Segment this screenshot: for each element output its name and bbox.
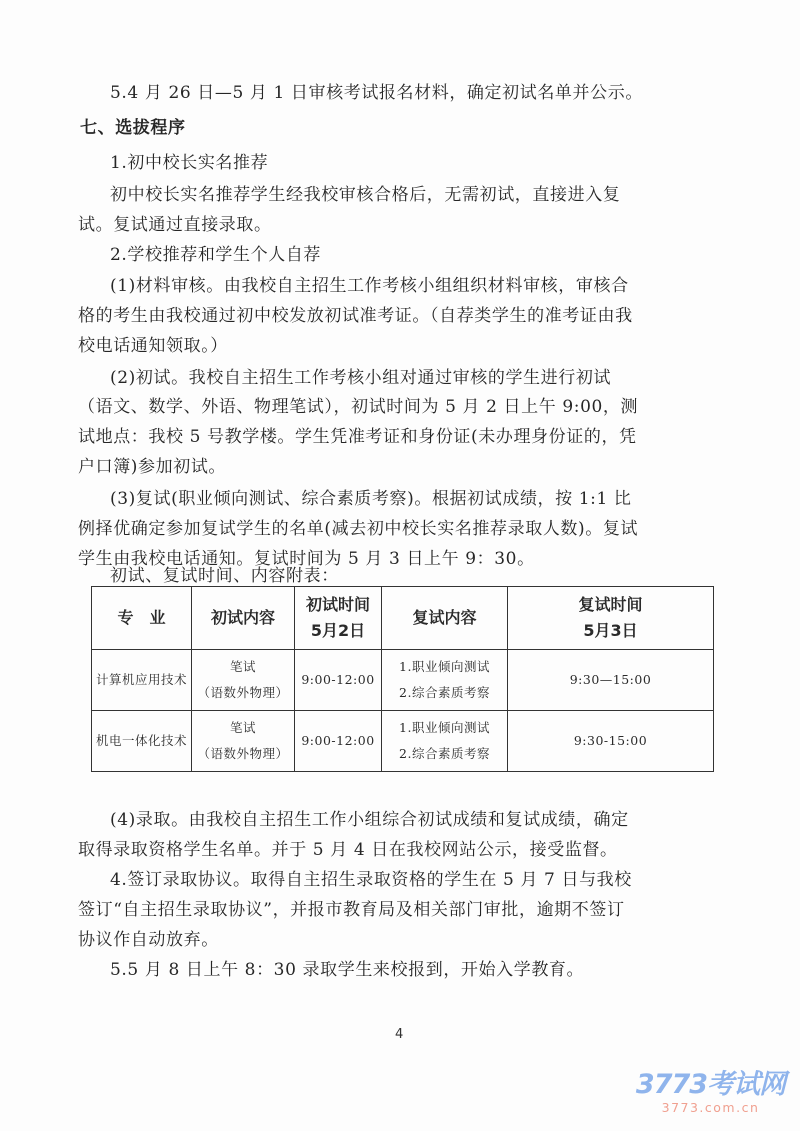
table-header-row: 专 业初试内容初试时间5月2日复试内容复试时间5月3日 xyxy=(92,587,714,650)
table-cell: 机电一体化技术 xyxy=(92,711,192,772)
paragraph-line: 1.初中校长实名推荐 xyxy=(110,152,268,174)
paragraph-line: （语文、数学、外语、物理笔试），初试时间为 5 月 2 日上午 9:00，测 xyxy=(78,396,638,418)
paragraph-line: 取得录取资格学生名单。并于 5 月 4 日在我校网站公示，接受监督。 xyxy=(78,839,618,861)
paragraph-line: 5.4 月 26 日—5 月 1 日审核考试报名材料，确定初试名单并公示。 xyxy=(110,82,643,104)
table-cell: 9:00-12:00 xyxy=(295,650,382,711)
column-header: 专 业 xyxy=(92,587,192,650)
cell-text: 9:00-12:00 xyxy=(295,728,381,754)
cell-text: 1.职业倾向测试 xyxy=(382,715,507,741)
table-row: 计算机应用技术笔试（语数外物理）9:00-12:001.职业倾向测试2.综合素质… xyxy=(92,650,714,711)
column-header: 初试内容 xyxy=(192,587,295,650)
column-header-text: 专 业 xyxy=(92,605,191,631)
column-header-text: 5月3日 xyxy=(508,618,713,644)
cell-text: 9:30-15:00 xyxy=(508,728,713,754)
cell-text: 9:00-12:00 xyxy=(295,667,381,693)
cell-text: 2.综合素质考察 xyxy=(382,741,507,767)
watermark-url: 3773.com.cn xyxy=(628,1100,793,1116)
cell-text: （语数外物理） xyxy=(192,741,294,767)
paragraph-line: 初中校长实名推荐学生经我校审核合格后，无需初试，直接进入复 xyxy=(110,184,620,206)
paragraph-line: (4)录取。由我校自主招生工作小组综合初试成绩和复试成绩，确定 xyxy=(110,809,629,831)
paragraph-line: 4.签订录取协议。取得自主招生录取资格的学生在 5 月 7 日与我校 xyxy=(110,869,632,891)
paragraph-line: 2.学校推荐和学生个人自荐 xyxy=(110,244,321,266)
paragraph-line: 户口簿)参加初试。 xyxy=(78,456,226,478)
column-header-text: 初试时间 xyxy=(295,592,381,618)
column-header-text: 初试内容 xyxy=(192,605,294,631)
column-header: 初试时间5月2日 xyxy=(295,587,382,650)
paragraph-line: 试地点：我校 5 号教学楼。学生凭准考证和身份证(未办理身份证的，凭 xyxy=(78,426,637,448)
paragraph-line: 校电话通知领取。） xyxy=(78,335,228,357)
paragraph-line: 试。复试通过直接录取。 xyxy=(78,214,272,236)
table-cell: 9:00-12:00 xyxy=(295,711,382,772)
cell-text: 计算机应用技术 xyxy=(92,667,191,693)
exam-schedule-table: 专 业初试内容初试时间5月2日复试内容复试时间5月3日 计算机应用技术笔试（语数… xyxy=(91,586,714,772)
table-cell: 计算机应用技术 xyxy=(92,650,192,711)
table-cell: 9:30-15:00 xyxy=(508,711,714,772)
column-header: 复试内容 xyxy=(382,587,508,650)
cell-text: 1.职业倾向测试 xyxy=(382,654,507,680)
section-heading: 七、选拔程序 xyxy=(80,117,186,139)
paragraph-line: 协议作自动放弃。 xyxy=(78,929,219,951)
column-header-text: 复试内容 xyxy=(382,605,507,631)
watermark-logo: 3773考试网 3773.com.cn xyxy=(628,1070,793,1116)
paragraph-line: (2)初试。我校自主招生工作考核小组对通过审核的学生进行初试 xyxy=(110,367,611,389)
paragraph-line: (3)复试(职业倾向测试、综合素质考察)。根据初试成绩，按 1:1 比 xyxy=(110,488,632,510)
cell-text: 2.综合素质考察 xyxy=(382,680,507,706)
column-header-text: 5月2日 xyxy=(295,618,381,644)
cell-text: （语数外物理） xyxy=(192,680,294,706)
table-cell: 1.职业倾向测试2.综合素质考察 xyxy=(382,650,508,711)
cell-text: 机电一体化技术 xyxy=(92,728,191,754)
paragraph-line: 初试、复试时间、内容附表： xyxy=(110,565,339,587)
paragraph-line: 5.5 月 8 日上午 8：30 录取学生来校报到，开始入学教育。 xyxy=(110,959,584,981)
column-header-text: 复试时间 xyxy=(508,592,713,618)
table-cell: 笔试（语数外物理） xyxy=(192,711,295,772)
table-cell: 1.职业倾向测试2.综合素质考察 xyxy=(382,711,508,772)
cell-text: 9:30—15:00 xyxy=(508,667,713,693)
paragraph-line: 格的考生由我校通过初中校发放初试准考证。（自荐类学生的准考证由我 xyxy=(78,305,633,327)
paragraph-line: (1)材料审核。由我校自主招生工作考核小组组织材料审核，审核合 xyxy=(110,275,629,297)
page-number: 4 xyxy=(395,1027,403,1042)
cell-text: 笔试 xyxy=(192,715,294,741)
cell-text: 笔试 xyxy=(192,654,294,680)
column-header: 复试时间5月3日 xyxy=(508,587,714,650)
watermark-title: 3773考试网 xyxy=(628,1070,793,1100)
table-cell: 笔试（语数外物理） xyxy=(192,650,295,711)
paragraph-line: 签订“自主招生录取协议”，并报市教育局及相关部门审批，逾期不签订 xyxy=(78,899,625,921)
table-cell: 9:30—15:00 xyxy=(508,650,714,711)
paragraph-line: 例择优确定参加复试学生的名单(减去初中校长实名推荐录取人数)。复试 xyxy=(78,518,638,540)
table-row: 机电一体化技术笔试（语数外物理）9:00-12:001.职业倾向测试2.综合素质… xyxy=(92,711,714,772)
